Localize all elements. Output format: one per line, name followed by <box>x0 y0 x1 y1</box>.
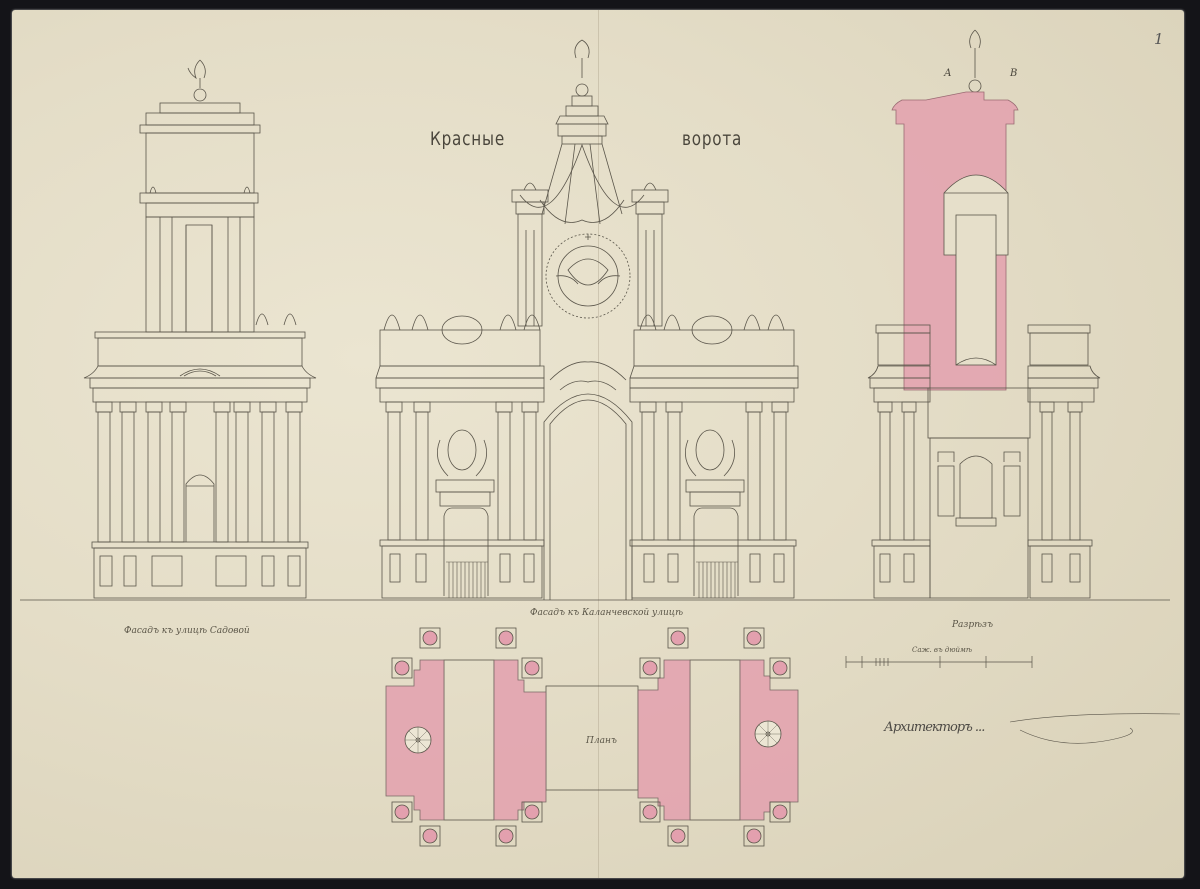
architectural-drawing <box>12 10 1184 878</box>
facade-sadovaya <box>84 60 316 598</box>
page-number: 1 <box>1154 30 1164 48</box>
section-view <box>868 30 1100 598</box>
title-left: Красные <box>430 128 505 150</box>
caption-plan: Планъ <box>586 736 617 746</box>
facade-kalanchevskaya <box>376 40 798 600</box>
caption-section: Разрѣзъ <box>952 620 993 630</box>
double-headed-eagle-emblem <box>546 234 630 318</box>
section-label-b: В <box>1010 68 1017 79</box>
caption-scale: Саж. въ дюймѣ <box>912 646 972 654</box>
scale-bar <box>846 656 1032 668</box>
caption-facade-kalanchevskaya: Фасадъ къ Каланчевской улицѣ <box>530 608 683 618</box>
caption-facade-sadovaya: Фасадъ къ улицѣ Садовой <box>124 626 250 636</box>
title-right: ворота <box>682 128 742 150</box>
drawing-sheet: Красные ворота 1 А В Фасадъ къ улицѣ Сад… <box>12 10 1184 878</box>
section-label-a: А <box>944 68 952 79</box>
architect-signature: Архитекторъ ... <box>884 720 984 735</box>
